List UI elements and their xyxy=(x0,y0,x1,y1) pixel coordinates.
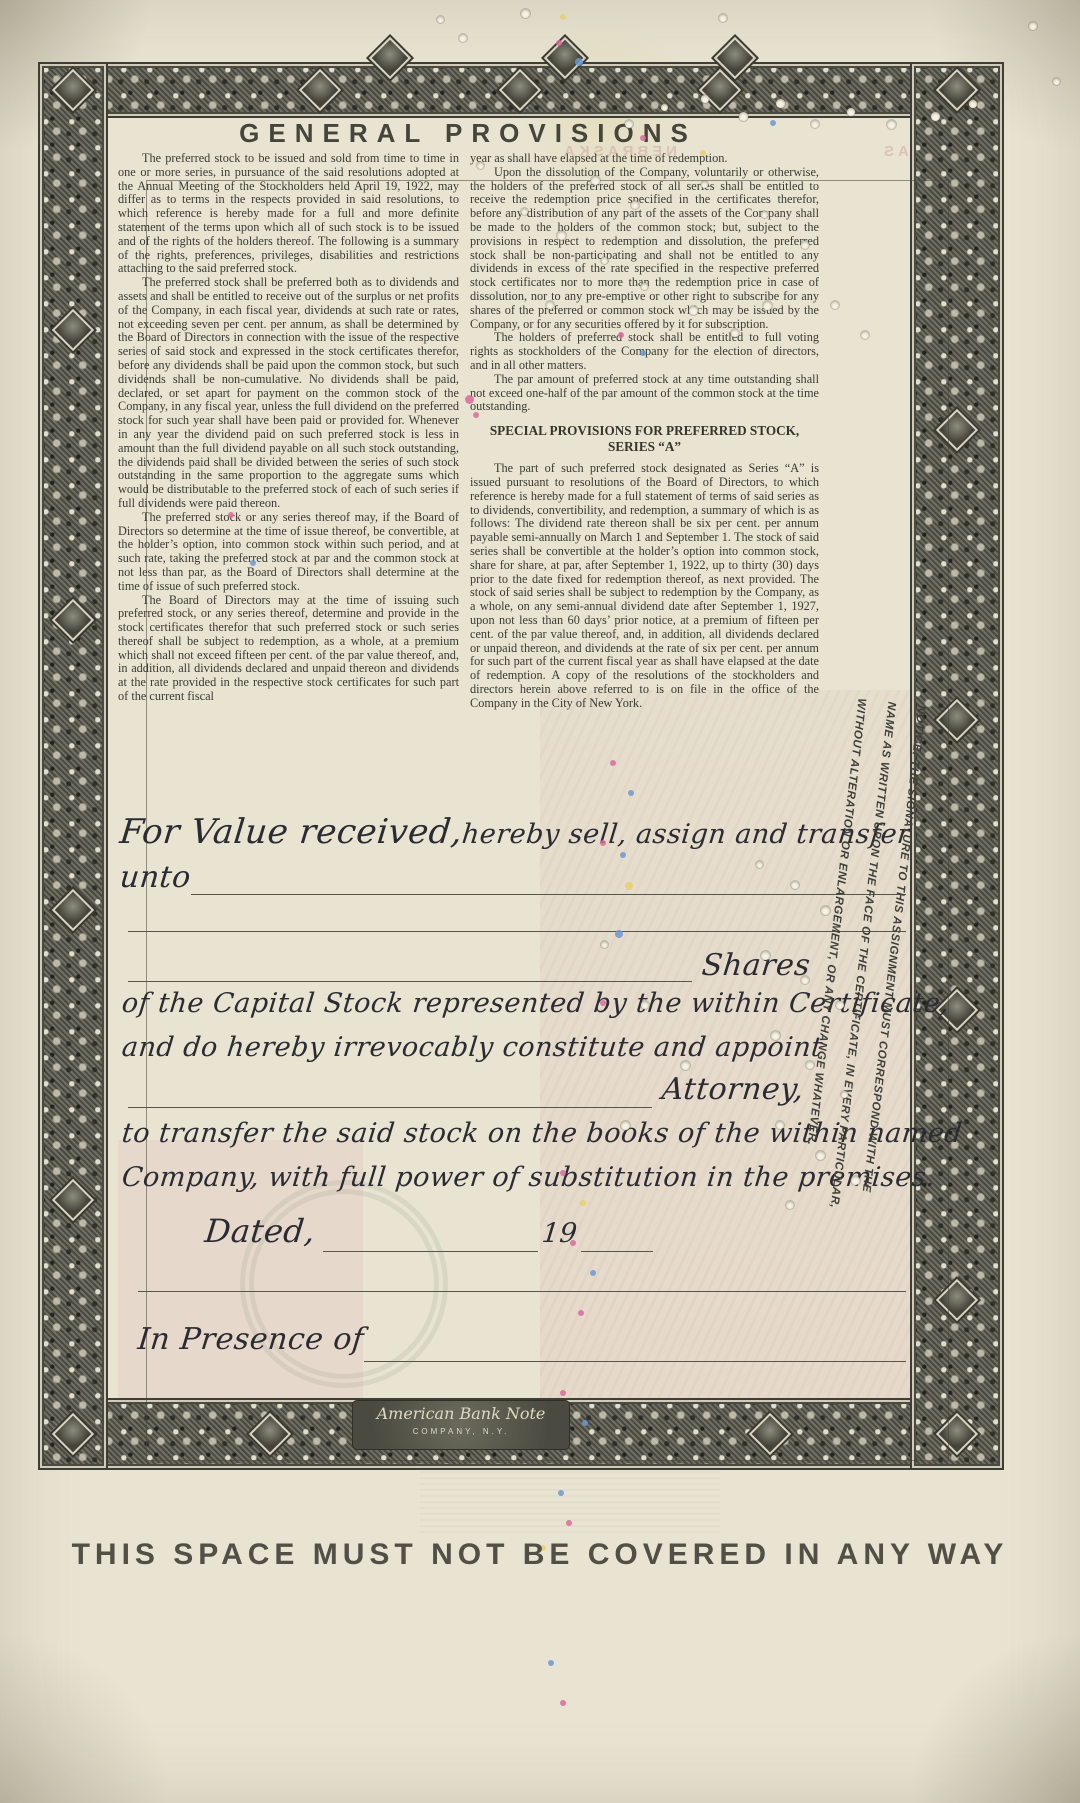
punch-hole xyxy=(1053,78,1060,85)
paragraph: The preferred stock shall be preferred b… xyxy=(118,276,459,511)
imprint-caps-line: COMPANY, N.Y. xyxy=(353,1427,569,1437)
punch-hole xyxy=(786,1201,794,1209)
security-confetti-dot xyxy=(473,412,479,418)
security-confetti-dot xyxy=(560,1390,566,1396)
attorney-label: Attorney, xyxy=(660,1072,805,1107)
punch-hole xyxy=(681,1061,690,1070)
paragraph: The preferred stock to be issued and sol… xyxy=(118,152,459,276)
punch-hole xyxy=(776,99,785,108)
punch-hole xyxy=(969,100,977,108)
punch-hole xyxy=(851,1176,860,1185)
security-confetti-dot xyxy=(620,852,626,858)
paragraph-continuation: year as shall have elapsed at the time o… xyxy=(470,152,819,166)
punch-hole xyxy=(761,951,770,960)
punch-hole xyxy=(791,881,799,889)
punch-hole xyxy=(801,241,809,249)
punch-hole xyxy=(521,208,528,215)
security-confetti-dot xyxy=(575,58,583,66)
punch-hole xyxy=(477,162,484,169)
punch-hole xyxy=(437,16,444,23)
security-confetti-dot xyxy=(610,760,616,766)
punch-hole xyxy=(621,1121,630,1130)
security-confetti-dot xyxy=(600,1000,606,1006)
punch-hole xyxy=(601,257,608,264)
punch-hole xyxy=(801,976,809,984)
punch-hole xyxy=(821,906,830,915)
assignment-attorney-row: Attorney, xyxy=(128,1072,804,1108)
blank-line xyxy=(581,1243,653,1252)
assignment-signature-row xyxy=(138,1256,906,1292)
security-confetti-dot xyxy=(556,40,562,46)
punch-hole xyxy=(931,112,940,121)
punch-hole xyxy=(546,301,554,309)
security-confetti-dot xyxy=(250,560,256,566)
security-confetti-dot xyxy=(582,1420,588,1426)
punch-hole xyxy=(861,331,869,339)
provisions-right-column: year as shall have elapsed at the time o… xyxy=(470,152,819,710)
page-title: GENERAL PROVISIONS xyxy=(118,118,818,149)
punch-hole xyxy=(701,181,708,188)
punch-hole xyxy=(1029,22,1037,30)
punch-hole xyxy=(631,201,639,209)
blank-line xyxy=(128,1099,652,1108)
blank-line xyxy=(191,886,906,895)
security-confetti-dot xyxy=(560,1700,566,1706)
security-confetti-dot xyxy=(580,1200,586,1206)
security-confetti-dot xyxy=(700,150,706,156)
punch-hole xyxy=(756,861,763,868)
punch-hole xyxy=(701,95,709,103)
in-presence-of-label: In Presence of xyxy=(136,1322,365,1357)
punch-hole xyxy=(641,283,648,290)
security-confetti-dot xyxy=(590,1270,596,1276)
punch-hole xyxy=(641,1001,649,1009)
shares-label: Shares xyxy=(700,948,812,983)
punch-hole xyxy=(625,120,633,128)
blank-line xyxy=(364,1353,906,1362)
security-confetti-dot xyxy=(628,790,634,796)
punch-hole xyxy=(816,1151,825,1160)
security-confetti-dot xyxy=(600,840,606,846)
security-confetti-dot xyxy=(615,930,623,938)
security-confetti-dot xyxy=(570,1240,576,1246)
assignment-presence-row: In Presence of xyxy=(138,1322,906,1362)
punch-hole xyxy=(557,231,566,240)
for-value-received-label: For Value received, xyxy=(118,812,465,852)
printer-imprint: American Bank Note COMPANY, N.Y. xyxy=(352,1400,570,1450)
punch-hole xyxy=(739,112,748,121)
special-paragraph: The part of such preferred stock designa… xyxy=(470,462,819,710)
punch-hole xyxy=(689,306,698,315)
punch-hole xyxy=(763,301,772,310)
security-confetti-dot xyxy=(560,1170,566,1176)
provisions-left-column: The preferred stock to be issued and sol… xyxy=(118,152,459,704)
punch-hole xyxy=(719,14,727,22)
punch-hole xyxy=(459,34,467,42)
special-provisions-heading: SPECIAL PROVISIONS FOR PREFERRED STOCK, … xyxy=(470,423,819,455)
punch-hole xyxy=(811,120,819,128)
assignment-blank-row xyxy=(128,900,906,932)
constitute-appoint-text: and do hereby irrevocably constitute and… xyxy=(120,1032,824,1063)
security-confetti-dot xyxy=(640,135,646,141)
punch-hole xyxy=(731,329,739,337)
paragraph: The Board of Directors may at the time o… xyxy=(118,594,459,704)
punch-hole xyxy=(661,104,668,111)
punch-hole xyxy=(806,1061,814,1069)
punch-hole xyxy=(521,9,530,18)
blank-line xyxy=(138,1283,906,1292)
border-band-left xyxy=(38,62,108,1470)
assignment-shares-row: Shares xyxy=(128,948,810,982)
security-confetti-dot xyxy=(558,1490,564,1496)
dated-label: Dated, xyxy=(203,1212,317,1250)
punch-hole xyxy=(591,176,600,185)
security-confetti-dot xyxy=(618,332,624,338)
punch-hole xyxy=(836,1001,844,1009)
punch-hole xyxy=(601,941,608,948)
security-confetti-dot xyxy=(548,1660,554,1666)
punch-hole xyxy=(771,1031,780,1040)
punch-hole xyxy=(761,211,768,218)
stock-certificate-back: NEBRASKA TEXAS GENERAL PROVISIONS The pr… xyxy=(0,0,1080,1803)
assignment-line-1: For Value received, hereby sell, assign … xyxy=(120,812,832,852)
security-confetti-dot xyxy=(625,882,633,890)
punch-hole xyxy=(841,1091,848,1098)
assignment-capital-line2: and do hereby irrevocably constitute and… xyxy=(122,1032,823,1063)
special-heading-line1: SPECIAL PROVISIONS FOR PREFERRED STOCK, xyxy=(490,423,799,438)
footer-warning-text: THIS SPACE MUST NOT BE COVERED IN ANY WA… xyxy=(0,1538,1080,1572)
assignment-dated-row: Dated, 19 xyxy=(205,1212,653,1252)
paragraph: The par amount of preferred stock at any… xyxy=(470,373,819,414)
blank-line xyxy=(128,973,692,982)
security-confetti-dot xyxy=(560,14,566,20)
punch-hole xyxy=(831,301,839,309)
security-confetti-dot xyxy=(465,395,474,404)
paragraph: The preferred stock or any series thereo… xyxy=(118,511,459,594)
blank-line xyxy=(323,1243,537,1252)
security-confetti-dot xyxy=(578,1310,584,1316)
security-confetti-dot xyxy=(228,512,234,518)
punch-hole xyxy=(776,1121,784,1129)
imprint-script-line: American Bank Note xyxy=(353,1401,569,1427)
assignment-unto-row: unto xyxy=(120,860,906,895)
security-confetti-dot xyxy=(566,1520,572,1526)
security-confetti-dot xyxy=(770,120,776,126)
unto-label: unto xyxy=(118,860,192,895)
punch-hole xyxy=(847,108,855,116)
blank-line xyxy=(128,923,906,932)
punch-hole xyxy=(887,120,896,129)
special-heading-line2: SERIES “A” xyxy=(608,439,681,454)
security-confetti-dot xyxy=(640,350,646,356)
